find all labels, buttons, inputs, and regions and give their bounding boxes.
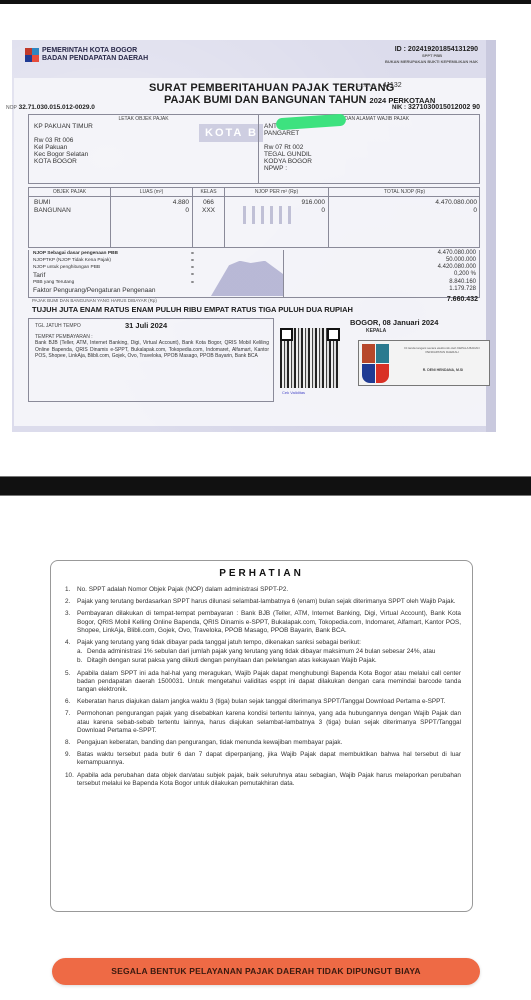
taxpayer-address: ANTPANGARETRw 07 Rt 002TEGAL GUNDILKODYA… bbox=[264, 123, 312, 172]
nik-label: NIK : bbox=[392, 105, 406, 111]
object-address-line: Kec Bogor Selatan bbox=[34, 151, 93, 158]
notice-item-number: 3. bbox=[65, 610, 70, 618]
calc-value: 0,200 % bbox=[454, 271, 476, 277]
stamp-text: Di tanda tangani secara elektronik oleh … bbox=[397, 346, 487, 354]
kelas-bumi: 066 bbox=[193, 199, 224, 207]
notice-subitem: a.Denda administrasi 1% sebulan dari jum… bbox=[77, 648, 461, 656]
notice-item-text: Batas waktu tersebut pada butir 6 dan 7 … bbox=[77, 751, 461, 766]
calc-label: PBB yang Terutang bbox=[33, 280, 74, 287]
kelas-cells: 066XXX bbox=[193, 199, 224, 215]
kota-watermark: KOTA B bbox=[199, 124, 263, 142]
pbb-due-label: PAJAK BUMI DAN BANGUNAN YANG HARUS DIBAY… bbox=[32, 298, 157, 303]
notice-item-text: Pembayaran dilakukan di tempat-tempat pe… bbox=[77, 610, 461, 633]
calc-label: NJOP Sebagai dasar pengenaan PBB bbox=[33, 251, 118, 258]
luas-bumi: 4.880 bbox=[173, 199, 189, 207]
notice-title: PERHATIAN bbox=[51, 568, 472, 579]
taxpayer-address-line: KODYA BOGOR bbox=[264, 158, 312, 165]
calc-label: Tarif bbox=[33, 272, 45, 279]
notice-item-number: 9. bbox=[65, 751, 70, 759]
separator-band bbox=[0, 476, 531, 496]
object-location-address: KP PAKUAN TIMURRw 03 Rt 006Kel PakuanKec… bbox=[34, 123, 93, 165]
objek-bangunan: BANGUNAN bbox=[34, 207, 71, 215]
object-address-line: KOTA BOGOR bbox=[34, 158, 93, 165]
equals-sign: = bbox=[191, 272, 194, 278]
watermark-pattern bbox=[243, 206, 291, 224]
notice-item-text: Apabila dalam SPPT ini ada hal-hal yang … bbox=[77, 670, 461, 693]
sppt-document: PEMERINTAH KOTA BOGOR BADAN PENDAPATAN D… bbox=[12, 40, 496, 432]
total-bangunan: 0 bbox=[435, 207, 477, 215]
object-address-line: Rw 03 Rt 006 bbox=[34, 137, 93, 144]
calc-value: 8.840.160 bbox=[449, 279, 476, 285]
tax-calculation: NJOP Sebagai dasar pengenaan PBB=4.470.0… bbox=[28, 250, 480, 298]
col-objek: OBJEK PAJAK BUMIBANGUNAN bbox=[29, 188, 111, 247]
due-date: 31 Juli 2024 bbox=[125, 321, 167, 330]
calc-label: NJOP untuk penghitungan PBB bbox=[33, 265, 100, 272]
notice-item: 2.Pajak yang terutang berdasarkan SPPT h… bbox=[65, 598, 461, 606]
notice-card: PERHATIAN 1.No. SPPT adalah Nomor Objek … bbox=[50, 560, 473, 912]
org-line-1: PEMERINTAH KOTA BOGOR bbox=[42, 47, 148, 55]
calc-label: Faktor Pengurang/Pengaturan Pengenaan bbox=[33, 287, 156, 294]
pbb-due-amount: 7.660.432 bbox=[447, 296, 478, 303]
header-njop-m2: NJOP PER m² (Rp) bbox=[225, 189, 328, 197]
notice-item: 9.Batas waktu tersebut pada butir 6 dan … bbox=[65, 751, 461, 767]
nop-label: NOP bbox=[6, 105, 17, 111]
luas-bangunan: 0 bbox=[173, 207, 189, 215]
col-kelas: KELAS 066XXX bbox=[193, 188, 225, 247]
qr-code-icon[interactable] bbox=[280, 328, 340, 388]
notice-item-number: 1. bbox=[65, 586, 70, 594]
electronic-signature-stamp: Di tanda tangani secara elektronik oleh … bbox=[358, 340, 490, 386]
signatory-name: R. DENI HENDANA, M.Si bbox=[403, 368, 483, 372]
amount-in-words: TUJUH JUTA ENAM RATUS ENAM PULUH RIBU EM… bbox=[32, 305, 353, 314]
issuer-org: PEMERINTAH KOTA BOGOR BADAN PENDAPATAN D… bbox=[42, 47, 148, 63]
signatory-title: KEPALA bbox=[366, 328, 386, 334]
objek-cells: BUMIBANGUNAN bbox=[34, 199, 71, 215]
notice-item-number: 6. bbox=[65, 698, 70, 706]
total-njop-cells: 4.470.080.0000 bbox=[435, 199, 477, 215]
taxpayer-address-line bbox=[264, 137, 312, 144]
notice-subitem-letter: a. bbox=[77, 648, 82, 656]
notice-item-text: Pajak yang terutang yang tidak dibayar p… bbox=[77, 639, 361, 646]
taxpayer-section: NAMA DAN ALAMAT WAJIB PAJAK ANTPANGARETR… bbox=[258, 114, 480, 184]
kode-rekening: KODE REK41132 bbox=[356, 82, 402, 89]
col-total-njop: TOTAL NJOP (Rp) 4.470.080.0000 bbox=[329, 188, 480, 247]
notice-item-text: Apabila ada perubahan data objek dan/ata… bbox=[77, 772, 461, 787]
header-total-njop: TOTAL NJOP (Rp) bbox=[329, 189, 480, 197]
kelas-bangunan: XXX bbox=[193, 207, 224, 215]
notice-item: 7.Permohonan pengurangan pajak yang dise… bbox=[65, 710, 461, 735]
calc-value: 50.000.000 bbox=[446, 257, 476, 263]
header-objek: OBJEK PAJAK bbox=[29, 189, 110, 197]
notice-item-number: 4. bbox=[65, 639, 70, 647]
column-divider bbox=[283, 250, 284, 297]
notice-item-number: 10. bbox=[65, 772, 74, 780]
header-kelas: KELAS bbox=[193, 189, 224, 197]
watermark-mountain bbox=[211, 252, 283, 296]
calc-value: 1.179.728 bbox=[449, 286, 476, 292]
document-id: ID : 202419201854131290 bbox=[385, 46, 478, 53]
document-id-block: ID : 202419201854131290 SPPT PBB BUKAN M… bbox=[385, 46, 478, 64]
taxpayer-address-line: NPWP : bbox=[264, 165, 312, 172]
taxpayer-address-line: Rw 07 Rt 002 bbox=[264, 144, 312, 151]
notice-item: 6.Keberatan harus diajukan dalam jangka … bbox=[65, 698, 461, 706]
org-line-2: BADAN PENDAPATAN DAERAH bbox=[42, 55, 148, 63]
notice-item-number: 7. bbox=[65, 710, 70, 718]
object-location-heading: LETAK OBJEK PAJAK bbox=[29, 116, 258, 122]
col-njop-m2: NJOP PER m² (Rp) 916.0000 bbox=[225, 188, 329, 247]
payment-section: TGL JATUH TEMPO 31 Juli 2024 TEMPAT PEMB… bbox=[28, 318, 274, 402]
notice-subitem-letter: b. bbox=[77, 657, 82, 665]
nik-field: NIK : 3271030015012002 90 bbox=[392, 104, 480, 111]
notice-item-text: Pajak yang terutang berdasarkan SPPT har… bbox=[77, 598, 456, 605]
notice-item-number: 5. bbox=[65, 670, 70, 678]
notice-subitem-text: Ditagih dengan surat paksa yang diikuti … bbox=[87, 657, 377, 664]
nop-field: NOP 32.71.030.015.012-0029.0 bbox=[6, 104, 95, 111]
notice-item: 10.Apabila ada perubahan data objek dan/… bbox=[65, 772, 461, 788]
equals-sign: = bbox=[191, 258, 194, 264]
payment-places: Bank BJB (Teller, ATM, Internet Banking,… bbox=[35, 340, 269, 360]
qr-validity-link[interactable]: Cek Validitas bbox=[282, 390, 305, 395]
free-service-banner: SEGALA BENTUK PELAYANAN PAJAK DAERAH TID… bbox=[52, 958, 480, 985]
nop-value: 32.71.030.015.012-0029.0 bbox=[19, 104, 95, 111]
kota-bogor-logo-icon bbox=[25, 48, 39, 62]
notice-item: 5.Apabila dalam SPPT ini ada hal-hal yan… bbox=[65, 670, 461, 695]
njop-m2-cells: 916.0000 bbox=[302, 199, 326, 215]
taxpayer-address-line: PANGARET bbox=[264, 130, 312, 137]
notice-item: 1.No. SPPT adalah Nomor Objek Pajak (NOP… bbox=[65, 586, 461, 594]
notice-item-text: Permohonan pengurangan pajak yang diseba… bbox=[77, 710, 461, 733]
kode-value: 41132 bbox=[383, 82, 402, 89]
luas-cells: 4.8800 bbox=[173, 199, 189, 215]
notice-item-text: Keberatan harus diajukan dalam jangka wa… bbox=[77, 698, 445, 705]
calc-value: 4.420.080.000 bbox=[438, 264, 476, 270]
due-date-label: TGL JATUH TEMPO bbox=[35, 323, 81, 329]
notice-item-text: Pengajuan keberatan, banding dan pengura… bbox=[77, 739, 342, 746]
tax-object-table: OBJEK PAJAK BUMIBANGUNAN LUAS (m²) 4.880… bbox=[28, 187, 480, 248]
objek-bumi: BUMI bbox=[34, 199, 71, 207]
object-address-line: KP PAKUAN TIMUR bbox=[34, 123, 93, 130]
notice-subitem-text: Denda administrasi 1% sebulan dari jumla… bbox=[87, 648, 436, 655]
taxpayer-address-line: TEGAL GUNDIL bbox=[264, 151, 312, 158]
notice-item: 4.Pajak yang terutang yang tidak dibayar… bbox=[65, 639, 461, 666]
ownership-disclaimer: BUKAN MERUPAKAN BUKTI KEPEMILIKAN HAK bbox=[385, 59, 478, 64]
col-luas: LUAS (m²) 4.8800 bbox=[111, 188, 193, 247]
notice-item-number: 8. bbox=[65, 739, 70, 747]
nik-value: 3271030015012002 90 bbox=[408, 104, 480, 111]
sign-place-date: BOGOR, 08 Januari 2024 bbox=[350, 318, 438, 327]
equals-sign: = bbox=[191, 251, 194, 257]
njop-m2-bangunan: 0 bbox=[302, 207, 326, 215]
sppt-body: SURAT PEMBERITAHUAN PAJAK TERUTANG KODE … bbox=[14, 78, 486, 426]
notice-item-number: 2. bbox=[65, 598, 70, 606]
kode-label: KODE REK bbox=[356, 83, 377, 88]
calc-label: NJOPTKP (NJOP Tidak Kena Pajak) bbox=[33, 258, 111, 265]
notice-item: 3.Pembayaran dilakukan di tempat-tempat … bbox=[65, 610, 461, 635]
header-luas: LUAS (m²) bbox=[111, 189, 192, 197]
total-bumi: 4.470.080.000 bbox=[435, 199, 477, 207]
notice-item-text: No. SPPT adalah Nomor Objek Pajak (NOP) … bbox=[77, 586, 288, 593]
equals-sign: = bbox=[191, 265, 194, 271]
notice-subitem: b.Ditagih dengan surat paksa yang diikut… bbox=[77, 657, 461, 665]
top-edge-bar bbox=[0, 0, 531, 4]
object-address-line bbox=[34, 130, 93, 137]
equals-sign: = bbox=[191, 280, 194, 286]
subtitle-text: PAJAK BUMI DAN BANGUNAN TAHUN bbox=[164, 94, 366, 106]
object-address-line: Kel Pakuan bbox=[34, 144, 93, 151]
calc-value: 4.470.080.000 bbox=[438, 250, 476, 256]
njop-m2-bumi: 916.000 bbox=[302, 199, 326, 207]
notice-item: 8.Pengajuan keberatan, banding dan pengu… bbox=[65, 739, 461, 747]
city-emblem-icon bbox=[362, 344, 390, 384]
notice-list: 1.No. SPPT adalah Nomor Objek Pajak (NOP… bbox=[65, 586, 461, 792]
